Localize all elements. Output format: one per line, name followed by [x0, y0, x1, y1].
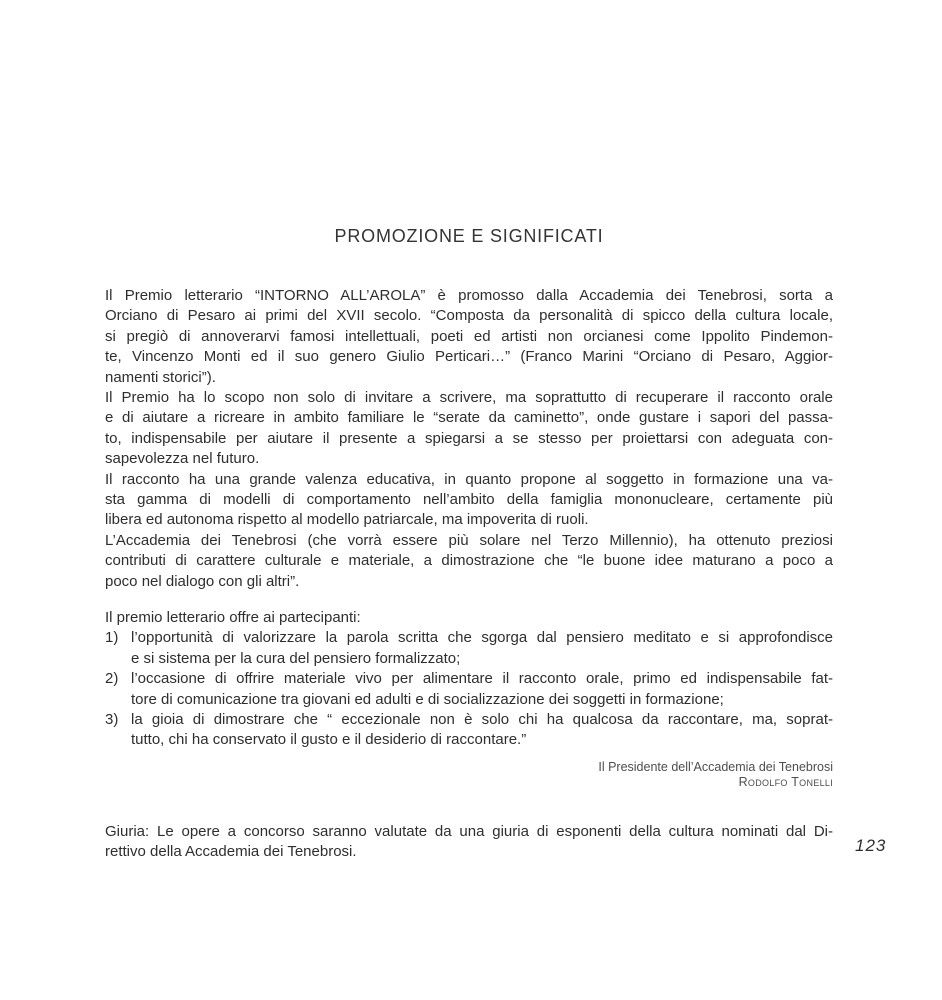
list-marker: 2) [105, 669, 118, 689]
text-line: sapevolezza nel futuro. [105, 449, 833, 469]
text-line: Giuria: Le opere a concorso saranno valu… [105, 822, 833, 842]
paragraph-valenza-educativa: Il racconto ha una grande valenza educat… [105, 470, 833, 531]
text-line: libera ed autonoma rispetto al modello p… [105, 510, 833, 530]
participants-section: Il premio letterario offre ai partecipan… [105, 608, 833, 751]
text-line: L’Accademia dei Tenebrosi (che vorrà ess… [105, 531, 833, 551]
paragraph-scopo: Il Premio ha lo scopo non solo di invita… [105, 388, 833, 470]
text-line: namenti storici”). [105, 368, 833, 388]
text-line: tore di comunicazione tra giovani ed adu… [105, 690, 833, 710]
list-item-text: l’occasione di offrire materiale vivo pe… [131, 670, 833, 687]
text-line: te, Vincenzo Monti ed il suo genero Giul… [105, 347, 833, 367]
text-line: si pregiò di annoverarvi famosi intellet… [105, 327, 833, 347]
list-item-text: l’opportunità di valorizzare la parola s… [131, 629, 833, 646]
page-title: PROMOZIONE E SIGNIFICATI [105, 226, 833, 247]
text-line: e di aiutare a ricreare in ambito famili… [105, 408, 833, 428]
text-line: contributi di carattere culturale e mate… [105, 551, 833, 571]
text-line: 2) l’occasione di offrire materiale vivo… [105, 669, 833, 689]
text-line: poco nel dialogo con gli altri”. [105, 572, 833, 592]
list-marker: 1) [105, 628, 118, 648]
list-item: 1) l’opportunità di valorizzare la parol… [105, 628, 833, 669]
text-line: Il Premio ha lo scopo non solo di invita… [105, 388, 833, 408]
text-line: Il racconto ha una grande valenza educat… [105, 470, 833, 490]
text-line: to, indispensabile per aiutare il presen… [105, 429, 833, 449]
text-line: Il Premio letterario “INTORNO ALL’AROLA”… [105, 286, 833, 306]
signature-name: Rodolfo Tonelli [105, 775, 833, 790]
paragraph-contributi: L’Accademia dei Tenebrosi (che vorrà ess… [105, 531, 833, 592]
list-item-text: e si sistema per la cura del pensiero fo… [131, 650, 460, 667]
main-text: Il Premio letterario “INTORNO ALL’AROLA”… [105, 286, 833, 592]
list-item-text: tore di comunicazione tra giovani ed adu… [131, 691, 724, 708]
document-page: PROMOZIONE E SIGNIFICATI Il Premio lette… [0, 0, 942, 1000]
list-item: 3) la gioia di dimostrare che “ eccezion… [105, 710, 833, 751]
text-line: tutto, chi ha conservato il gusto e il d… [105, 730, 833, 750]
text-line: 1) l’opportunità di valorizzare la parol… [105, 628, 833, 648]
text-line: Orciano di Pesaro ai primi del XVII seco… [105, 306, 833, 326]
text-line: e si sistema per la cura del pensiero fo… [105, 649, 833, 669]
list-item: 2) l’occasione di offrire materiale vivo… [105, 669, 833, 710]
jury-note: Giuria: Le opere a concorso saranno valu… [105, 822, 833, 863]
signature-role: Il Presidente dell’Accademia dei Tenebro… [105, 760, 833, 775]
signature-block: Il Presidente dell’Accademia dei Tenebro… [105, 760, 833, 790]
paragraph-premio-promosso: Il Premio letterario “INTORNO ALL’AROLA”… [105, 286, 833, 388]
text-line: rettivo della Accademia dei Tenebrosi. [105, 842, 833, 862]
list-intro: Il premio letterario offre ai partecipan… [105, 608, 833, 628]
text-line: 3) la gioia di dimostrare che “ eccezion… [105, 710, 833, 730]
list-item-text: tutto, chi ha conservato il gusto e il d… [131, 731, 526, 748]
text-line: sta gamma di modelli di comportamento ne… [105, 490, 833, 510]
list-item-text: la gioia di dimostrare che “ eccezionale… [131, 711, 833, 728]
list-marker: 3) [105, 710, 118, 730]
page-number: 123 [855, 836, 886, 856]
